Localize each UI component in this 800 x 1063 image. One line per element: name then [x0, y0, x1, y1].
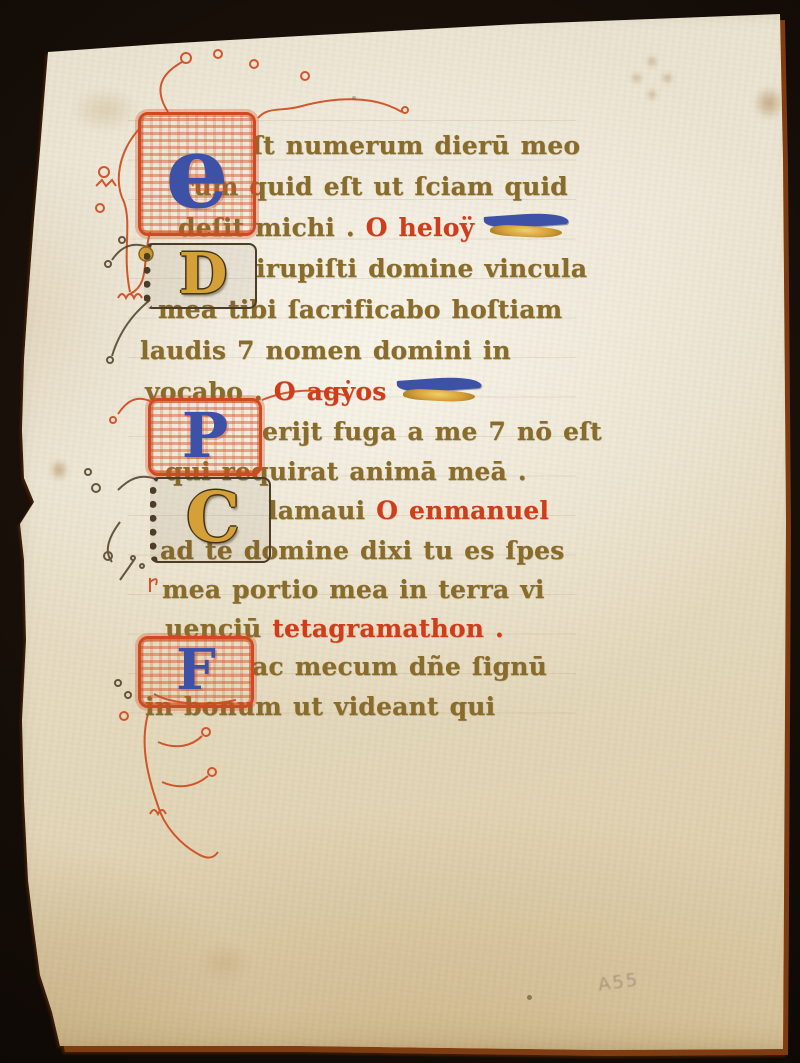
initial-letter: C [186, 478, 240, 558]
pencil-mark: A55 [597, 969, 641, 996]
ink-offset-stain [628, 52, 676, 104]
parchment-surface: ſt numerum dierū meorum quid eſt ut ſcia… [0, 0, 800, 1063]
text-line-14: ac mecum dñe ſignū [252, 647, 547, 687]
illuminated-initial-c: C [150, 477, 271, 563]
text-run: ac mecum dñe ſignū [252, 652, 547, 681]
initial-letter: P [182, 399, 229, 472]
illuminated-initial-p: P [148, 398, 262, 476]
initial-letter: e [165, 113, 229, 231]
text-run: irupiſti domine vincula [256, 254, 587, 283]
speck [527, 995, 532, 1000]
illuminated-initial-e: e [138, 112, 256, 236]
text-line-10: lamaui O enmanuel [268, 491, 549, 531]
text-run: laudis 7 nomen domini in [140, 336, 511, 365]
speck [352, 96, 356, 100]
text-line-6: laudis 7 nomen domini in [140, 331, 511, 371]
rubric-run: O agẏos [263, 377, 387, 406]
illuminated-initial-f: F [138, 636, 254, 708]
text-run: erijt fuga a me 7 nō eſt [262, 417, 602, 446]
initial-letter: D [179, 241, 228, 307]
edge-stain [748, 80, 790, 126]
faint-stain [190, 935, 260, 990]
text-run: mea portio mea in terra vi [162, 575, 545, 604]
initial-letter: F [176, 637, 216, 703]
line-filler [393, 376, 485, 406]
rubric-run: O heloÿ [355, 213, 475, 242]
rubric-run: O enmanuel [365, 496, 549, 525]
text-line-4: irupiſti domine vincula [256, 249, 587, 289]
text-run: ſt numerum dierū meo [252, 131, 580, 160]
text-line-8: erijt fuga a me 7 nō eſt [262, 412, 602, 452]
text-line-1: ſt numerum dierū meo [252, 126, 580, 166]
line-filler [480, 212, 572, 242]
illuminated-initial-d: D [144, 243, 257, 309]
margin-smudge [46, 455, 72, 485]
photo-background: { "palette": { "background": "#140d07", … [0, 0, 800, 1063]
text-run: lamaui [268, 496, 365, 525]
parchment-leaf: ſt numerum dierū meorum quid eſt ut ſcia… [0, 0, 800, 1063]
rubric-run: tetagramathon . [261, 614, 504, 643]
text-line-12: mea portio mea in terra vi [162, 570, 545, 610]
